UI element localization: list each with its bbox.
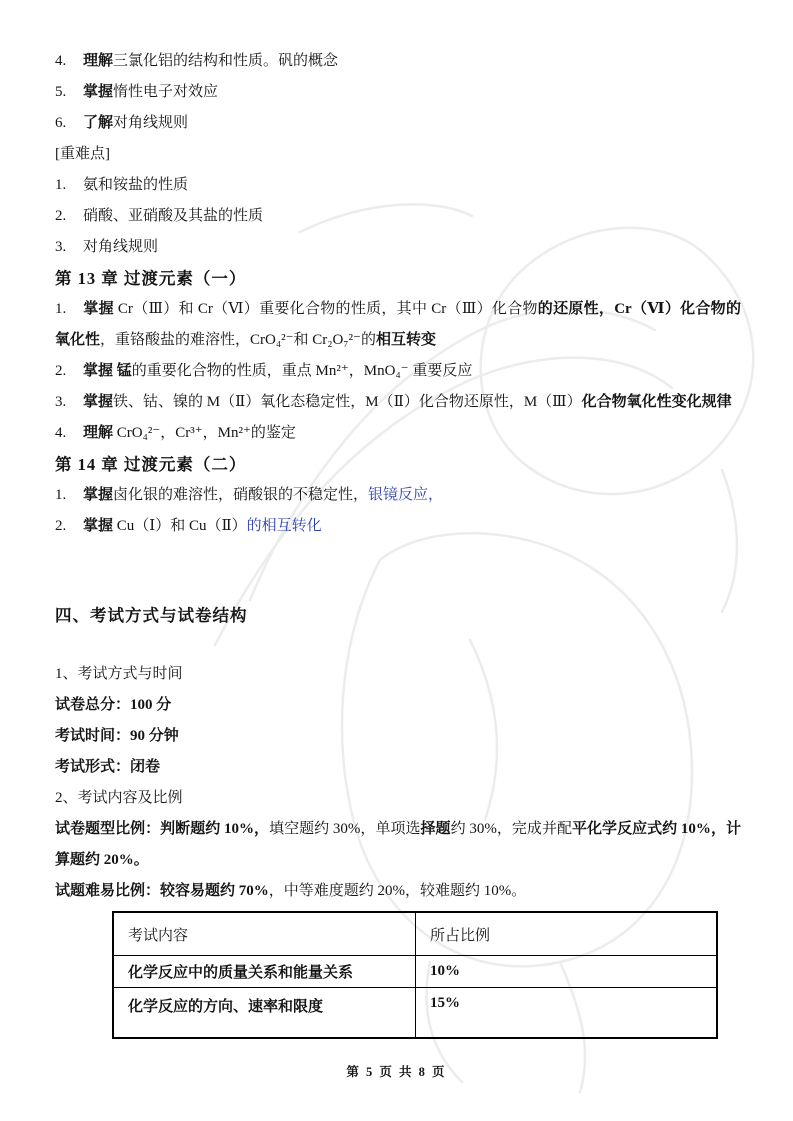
exam-difficulty-ratio: 试题难易比例：较容易题约 70%，中等难度题约 20%，较难题约 10%。 bbox=[55, 876, 741, 907]
key-point-2: 2.硝酸、亚硝酸及其盐的性质 bbox=[55, 201, 741, 232]
chapter-14-item-1: 1.掌握卤化银的难溶性，硝酸银的不稳定性，银镜反应， bbox=[55, 480, 741, 511]
objective-item-4: 4.理解三氯化铝的结构和性质。矾的概念 bbox=[55, 46, 741, 77]
table-cell-topic: 化学反应中的质量关系和能量关系 bbox=[113, 956, 416, 988]
page-footer: 第 5 页 共 8 页 bbox=[0, 1062, 793, 1080]
exam-method-subheading: 1、考试方式与时间 bbox=[55, 659, 741, 690]
section-4-heading: 四、考试方式与试卷结构 bbox=[55, 600, 741, 631]
table-row: 化学反应中的质量关系和能量关系 10% bbox=[113, 956, 717, 988]
objective-item-5: 5.掌握惰性电子对效应 bbox=[55, 77, 741, 108]
table-header-row: 考试内容 所占比例 bbox=[113, 912, 717, 956]
key-point-1: 1.氨和铵盐的性质 bbox=[55, 170, 741, 201]
chapter-13-item-1: 1.掌握 Cr（Ⅲ）和 Cr（Ⅵ）重要化合物的性质，其中 Cr（Ⅲ）化合物的还原… bbox=[55, 294, 741, 356]
table-row: 化学反应的方向、速率和限度 15% bbox=[113, 988, 717, 1039]
exam-duration: 考试时间：90 分钟 bbox=[55, 721, 741, 752]
page-content: 4.理解三氯化铝的结构和性质。矾的概念 5.掌握惰性电子对效应 6.了解对角线规… bbox=[0, 0, 793, 1039]
chapter-13-item-3: 3.掌握铁、钴、镍的 M（Ⅱ）氧化态稳定性，M（Ⅱ）化合物还原性，M（Ⅲ）化合物… bbox=[55, 387, 741, 418]
table-header-ratio: 所占比例 bbox=[416, 912, 718, 956]
table-cell-ratio: 10% bbox=[416, 956, 718, 988]
objective-item-6: 6.了解对角线规则 bbox=[55, 108, 741, 139]
table-cell-ratio: 15% bbox=[416, 988, 718, 1039]
exam-question-type-ratio: 试卷题型比例：判断题约 10%，填空题约 30%，单项选择题约 30%，完成并配… bbox=[55, 814, 741, 876]
exam-content-subheading: 2、考试内容及比例 bbox=[55, 783, 741, 814]
document-page: 4.理解三氯化铝的结构和性质。矾的概念 5.掌握惰性电子对效应 6.了解对角线规… bbox=[0, 0, 793, 1121]
chapter-14-item-2: 2.掌握 Cu（Ⅰ）和 Cu（Ⅱ）的相互转化 bbox=[55, 511, 741, 542]
chapter-13-item-2: 2.掌握 锰的重要化合物的性质，重点 Mn²⁺，MnO₄⁻ 重要反应 bbox=[55, 356, 741, 387]
table-header-content: 考试内容 bbox=[113, 912, 416, 956]
exam-format: 考试形式：闭卷 bbox=[55, 752, 741, 783]
key-points-header: [重难点] bbox=[55, 139, 741, 170]
exam-content-table: 考试内容 所占比例 化学反应中的质量关系和能量关系 10% 化学反应的方向、速率… bbox=[112, 911, 718, 1039]
exam-total-score: 试卷总分：100 分 bbox=[55, 690, 741, 721]
key-point-3: 3.对角线规则 bbox=[55, 232, 741, 263]
chapter-13-item-4: 4.理解 CrO₄²⁻，Cr³⁺，Mn²⁺的鉴定 bbox=[55, 418, 741, 449]
chapter-14-heading: 第 14 章 过渡元素（二） bbox=[55, 449, 741, 480]
chapter-13-heading: 第 13 章 过渡元素（一） bbox=[55, 263, 741, 294]
table-cell-topic: 化学反应的方向、速率和限度 bbox=[113, 988, 416, 1039]
